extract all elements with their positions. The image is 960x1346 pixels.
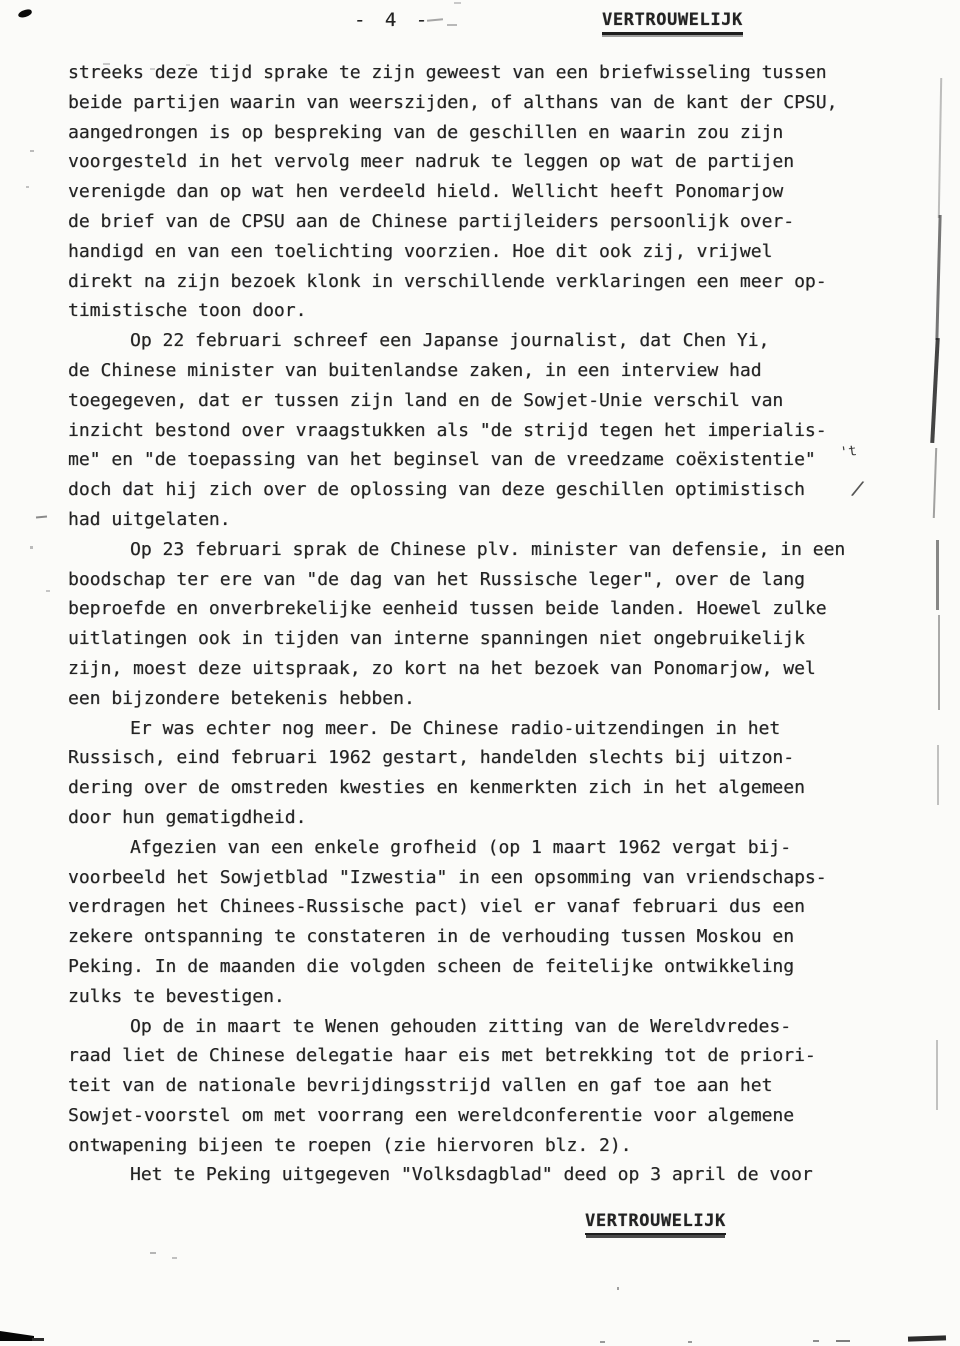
document-body: streeks deze tijd sprake te zijn geweest… xyxy=(68,58,874,1190)
text-line: inzicht bestond over vraagstukken als "d… xyxy=(68,416,874,446)
scan-artifact xyxy=(150,1252,156,1254)
text-line: Op 23 februari sprak de Chinese plv. min… xyxy=(68,535,874,565)
scan-artifact xyxy=(688,1341,692,1343)
text-line: timistische toon door. xyxy=(68,296,874,326)
scan-artifact xyxy=(937,745,939,805)
text-line: Afgezien van een enkele grofheid (op 1 m… xyxy=(68,833,874,863)
text-line: aangedrongen is op bespreking van de ges… xyxy=(68,118,874,148)
scan-artifact xyxy=(936,1040,938,1110)
text-line: Russisch, eind februari 1962 gestart, ha… xyxy=(68,743,874,773)
text-line: beproefde en onverbrekelijke eenheid tus… xyxy=(68,594,874,624)
text-line: verenigde dan op wat hen verdeeld hield.… xyxy=(68,177,874,207)
text-line: Het te Peking uitgegeven "Volksdagblad" … xyxy=(68,1160,874,1190)
text-line: toegegeven, dat er tussen zijn land en d… xyxy=(68,386,874,416)
text-line: zijn, moest deze uitspraak, zo kort na h… xyxy=(68,654,874,684)
text-line: Peking. In de maanden die volgden scheen… xyxy=(68,952,874,982)
scan-artifact xyxy=(936,540,939,610)
text-line: voorbeeld het Sowjetblad "Izwestia" in e… xyxy=(68,863,874,893)
text-line: zulks te bevestigen. xyxy=(68,982,874,1012)
text-line: de brief van de CPSU aan de Chinese part… xyxy=(68,207,874,237)
scan-artifact xyxy=(930,338,939,443)
scan-artifact xyxy=(813,1340,819,1342)
scan-artifact xyxy=(938,78,942,218)
page-number: - 4 - xyxy=(354,9,431,31)
scan-artifact xyxy=(30,150,34,152)
text-line: boodschap ter ere van "de dag van het Ru… xyxy=(68,565,874,595)
ink-blob xyxy=(17,8,32,18)
classification-header: VERTROUWELIJK xyxy=(602,10,743,35)
scan-artifact xyxy=(0,1331,34,1341)
text-line: door hun gematigdheid. xyxy=(68,803,874,833)
text-line: dering over de omstreden kwesties en ken… xyxy=(68,773,874,803)
text-line: handigd en van een toelichting voorzien.… xyxy=(68,237,874,267)
text-line: streeks deze tijd sprake te zijn geweest… xyxy=(68,58,874,88)
text-line: Op 22 februari schreef een Japanse journ… xyxy=(68,326,874,356)
text-line: uitlatingen ook in tijden van interne sp… xyxy=(68,624,874,654)
classification-footer: VERTROUWELIJK xyxy=(585,1211,726,1235)
scan-artifact xyxy=(30,546,33,549)
document-page: - 4 - VERTROUWELIJK streeks deze tijd sp… xyxy=(0,0,960,1346)
text-line: beide partijen waarin van weerszijden, o… xyxy=(68,88,874,118)
text-line: me" en "de toepassing van het beginsel v… xyxy=(68,445,874,475)
text-line: de Chinese minister van buitenlandse zak… xyxy=(68,356,874,386)
scan-artifact xyxy=(935,215,941,340)
scan-artifact xyxy=(172,1257,177,1259)
handwritten-mark: 't xyxy=(839,443,858,461)
scan-artifact xyxy=(36,516,47,519)
text-line: raad liet de Chinese delegatie haar eis … xyxy=(68,1041,874,1071)
text-line: een bijzondere betekenis hebben. xyxy=(68,684,874,714)
text-line: Op de in maart te Wenen gehouden zitting… xyxy=(68,1012,874,1042)
text-line: Er was echter nog meer. De Chinese radio… xyxy=(68,714,874,744)
text-line: voorgesteld in het vervolg meer nadruk t… xyxy=(68,147,874,177)
text-line: direkt na zijn bezoek klonk in verschill… xyxy=(68,267,874,297)
text-line: verdragen het Chinees-Russische pact) vi… xyxy=(68,892,874,922)
scan-artifact xyxy=(938,615,940,710)
scan-artifact xyxy=(32,1338,44,1341)
scan-artifact xyxy=(908,1335,946,1341)
text-line: ontwapening bijeen te roepen (zie hiervo… xyxy=(68,1131,874,1161)
scan-artifact xyxy=(447,24,457,26)
scan-artifact xyxy=(600,1341,605,1343)
scan-artifact xyxy=(454,2,461,4)
scan-artifact xyxy=(617,1287,619,1290)
text-line: had uitgelaten. xyxy=(68,505,874,535)
text-line: teit van de nationale bevrijdingsstrijd … xyxy=(68,1071,874,1101)
text-line: zekere ontspanning te constateren in de … xyxy=(68,922,874,952)
scan-artifact xyxy=(933,448,937,518)
scan-artifact xyxy=(26,186,29,188)
text-line: Sowjet-voorstel om met voorrang een were… xyxy=(68,1101,874,1131)
scan-artifact xyxy=(46,590,50,592)
text-line: doch dat hij zich over de oplossing van … xyxy=(68,475,874,505)
scan-artifact xyxy=(836,1340,850,1342)
